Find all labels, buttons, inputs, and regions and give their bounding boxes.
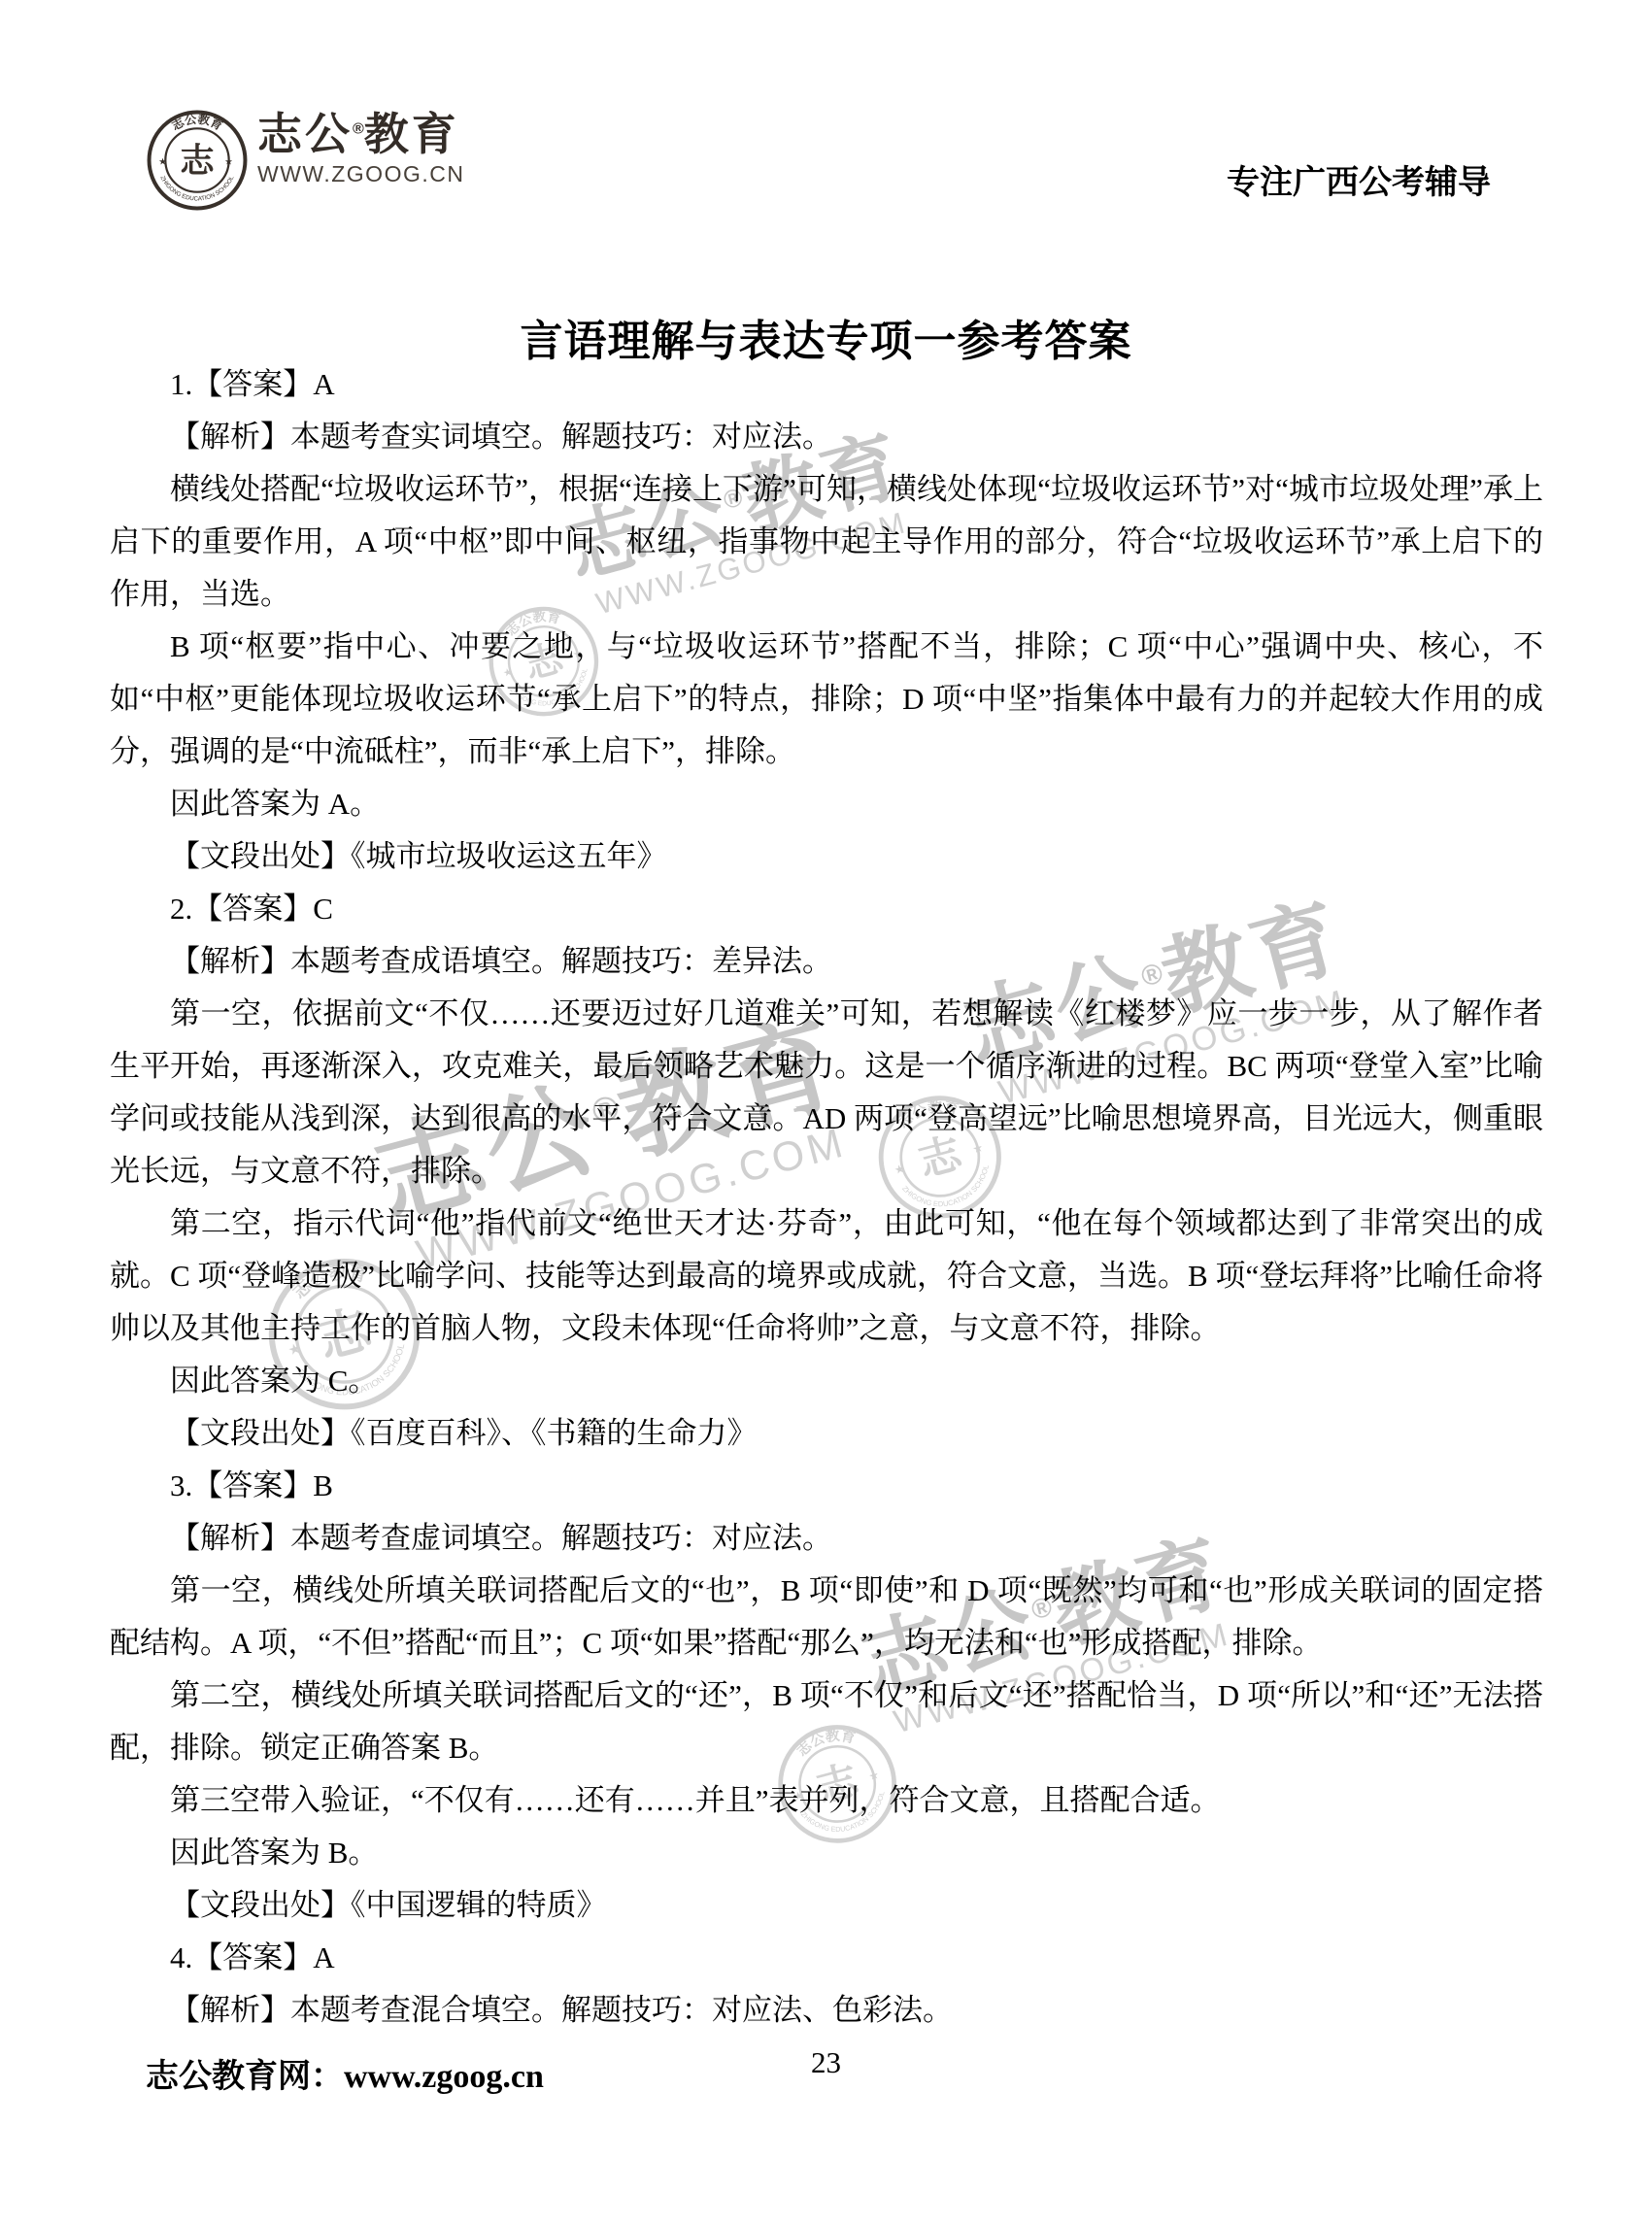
header-tagline: 专注广西公考辅导 bbox=[1227, 155, 1491, 203]
answer-paragraph: 横线处搭配“垃圾收运环节”，根据“连接上下游”可知，横线处体现“垃圾收运环节”对… bbox=[110, 463, 1543, 621]
answer-paragraph: 【解析】本题考查虚词填空。解题技巧：对应法。 bbox=[110, 1512, 1543, 1565]
answer-paragraph: 【解析】本题考查混合填空。解题技巧：对应法、色彩法。 bbox=[110, 1984, 1543, 2037]
brand-name-right: 教育 bbox=[364, 109, 459, 159]
page-number: 23 bbox=[0, 2045, 1652, 2080]
answer-paragraph: 因此答案为 B。 bbox=[110, 1827, 1543, 1879]
answer-body: 1.【答案】A 【解析】本题考查实词填空。解题技巧：对应法。 横线处搭配“垃圾收… bbox=[110, 358, 1543, 2037]
registered-mark-icon: ® bbox=[353, 121, 364, 138]
brand-name: 志公®教育 bbox=[257, 109, 464, 160]
answer-paragraph: 3.【答案】B bbox=[110, 1460, 1543, 1512]
answer-paragraph: 【文段出处】《百度百科》、《书籍的生命力》 bbox=[110, 1407, 1543, 1460]
answer-paragraph: 第一空，横线处所填关联词搭配后文的“也”，B 项“即使”和 D 项“既然”均可和… bbox=[110, 1565, 1543, 1669]
answer-paragraph: 第三空带入验证，“不仅有……还有……并且”表并列，符合文意，且搭配合适。 bbox=[110, 1774, 1543, 1827]
answer-paragraph: 【文段出处】《城市垃圾收运这五年》 bbox=[110, 830, 1543, 883]
answer-paragraph: 【解析】本题考查实词填空。解题技巧：对应法。 bbox=[110, 411, 1543, 463]
brand-website: WWW.ZGOOG.CN bbox=[257, 161, 464, 187]
answer-paragraph: B 项“枢要”指中心、冲要之地，与“垃圾收运环节”搭配不当，排除；C 项“中心”… bbox=[110, 621, 1543, 778]
brand-seal-icon bbox=[146, 109, 249, 212]
answer-paragraph: 【文段出处】《中国逻辑的特质》 bbox=[110, 1879, 1543, 1932]
brand-logo: 志公®教育 WWW.ZGOOG.CN bbox=[146, 109, 464, 212]
answer-paragraph: 第一空，依据前文“不仅……还要迈过好几道难关”可知，若想解读《红楼梦》应一步一步… bbox=[110, 988, 1543, 1197]
answer-paragraph: 第二空，指示代词“他”指代前文“绝世天才达·芬奇”，由此可知，“他在每个领域都达… bbox=[110, 1197, 1543, 1355]
answer-paragraph: 【解析】本题考查成语填空。解题技巧：差异法。 bbox=[110, 935, 1543, 988]
answer-paragraph: 2.【答案】C bbox=[110, 883, 1543, 935]
answer-paragraph: 第二空，横线处所填关联词搭配后文的“还”，B 项“不仅”和后文“还”搭配恰当，D… bbox=[110, 1669, 1543, 1774]
brand-text-block: 志公®教育 WWW.ZGOOG.CN bbox=[257, 109, 464, 187]
document-page: 志公®教育 WWW.ZGOOG.CN 专注广西公考辅导 言语理解与表达专项一参考… bbox=[0, 0, 1652, 2225]
answer-paragraph: 因此答案为 C。 bbox=[110, 1355, 1543, 1407]
brand-name-left: 志公 bbox=[257, 109, 353, 159]
page-title: 言语理解与表达专项一参考答案 bbox=[0, 306, 1652, 368]
answer-paragraph: 因此答案为 A。 bbox=[110, 778, 1543, 830]
answer-paragraph: 4.【答案】A bbox=[110, 1932, 1543, 1984]
